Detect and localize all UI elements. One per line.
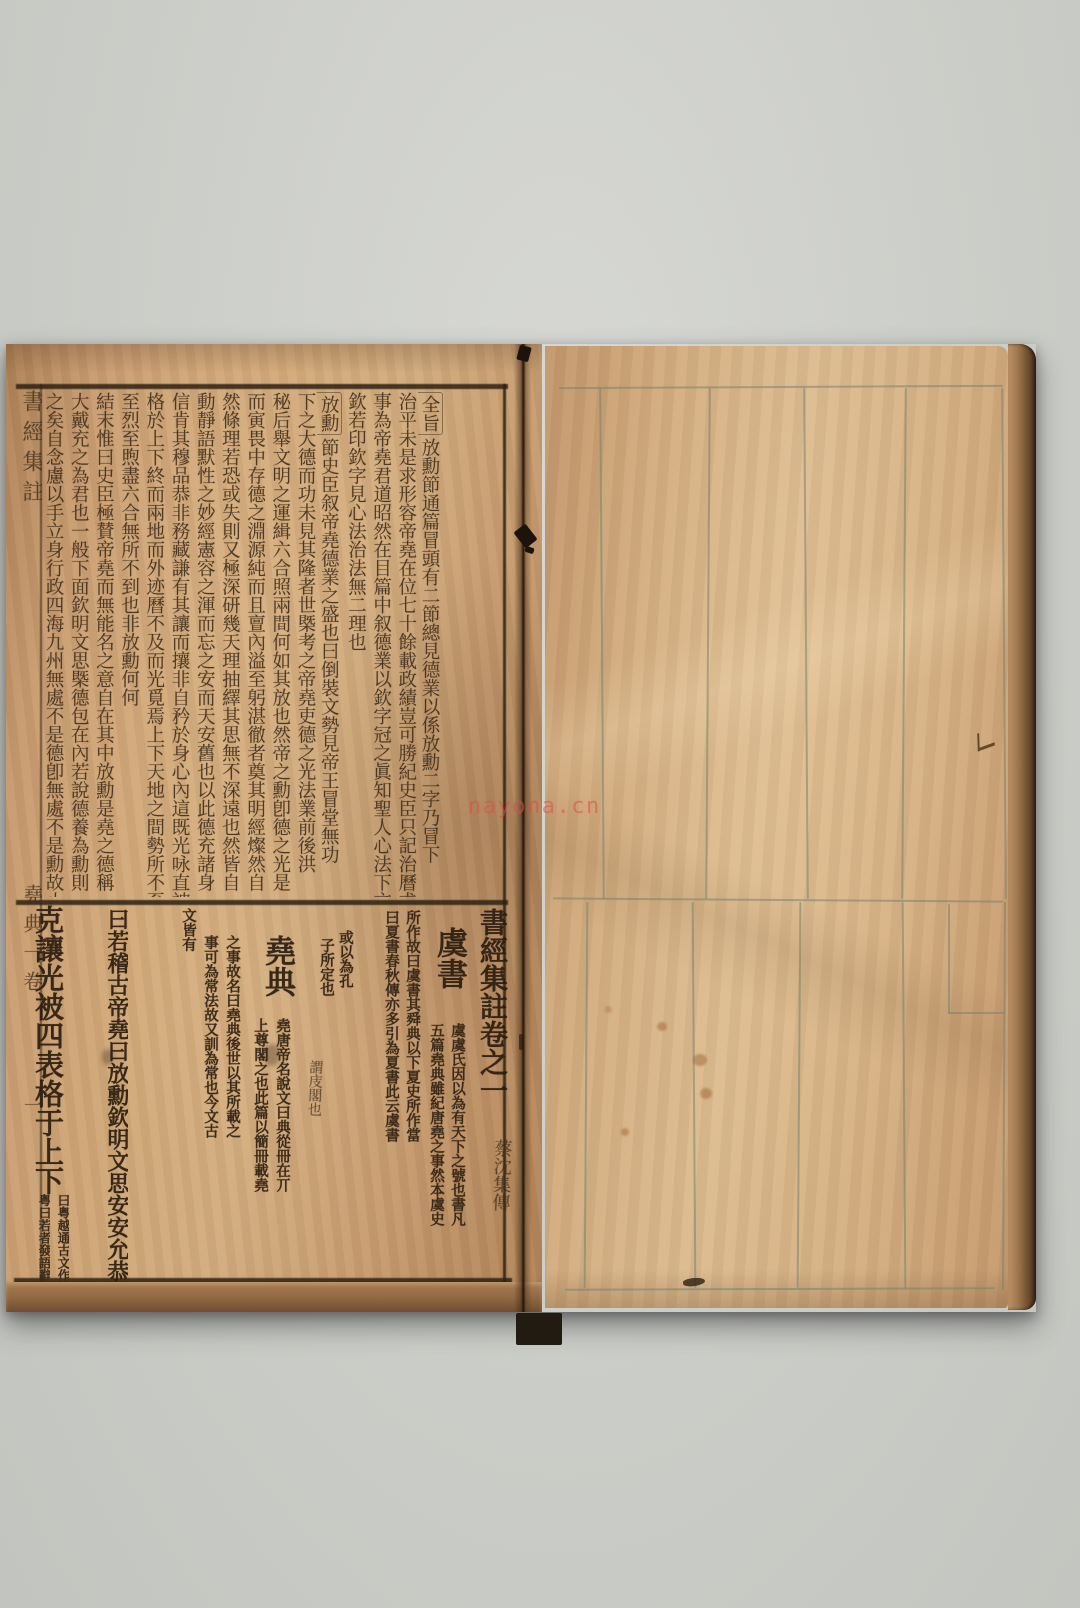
upper-commentary-column: 而寅畏中存德之淵源純而且亶內溢至躬湛徹者奠其明經燦然自 (242, 392, 267, 897)
lower-commentary-column: 或以為孔 (335, 930, 354, 1010)
rule-vertical-lower (797, 902, 802, 1288)
rule-vertical-lower (584, 902, 589, 1288)
ink-smudge (102, 1049, 114, 1065)
upper-commentary-column: 放勳節史臣叙帝堯德業之盛也曰倒裝文勢見帝王冒堂無功 (317, 392, 342, 897)
rule-vertical-upper (599, 388, 605, 899)
upper-commentary-column: 下之大德而功未見其隆者世槩考之帝堯吏德之光法業前後洪 (292, 392, 317, 897)
lower-commentary-column: 虞虞氏因以為有天下之號也書凡 (447, 1023, 466, 1281)
cover-board-tab (516, 1313, 562, 1345)
lower-commentary-column: 五篇堯典雖紀唐堯之事然本虞史 (426, 1023, 445, 1281)
upper-commentary-column: 治平未是求形容帝堯在位七十餘載政績豈可勝紀史臣只記治曆求 (393, 392, 418, 897)
binding-gutter (514, 344, 532, 1312)
ink-speck (683, 1277, 706, 1288)
section-box-label: 放勳 (317, 392, 342, 435)
lower-hand-gloss-column: 謂庋閣也 (301, 1060, 324, 1151)
scanned-book-photo: { "watermark": { "text": "nayona.cn", "c… (0, 0, 1080, 1608)
upper-commentary-column: 動靜語默性之妙經憲容之渾而忘之安而天安舊也以此德充諸身 (191, 392, 216, 897)
section-box-label: 全旨 (418, 392, 443, 435)
rule-vertical-upper (1001, 388, 1007, 899)
rule-box-connector (948, 1012, 1005, 1014)
upper-commentary-column: 大戴充之為君也一般下面欽明文思槩德包在內若說德養為勳則 (65, 392, 90, 897)
lower-commentary-column: 子所定也 (316, 938, 335, 1018)
page-bottom-edge (6, 1282, 542, 1312)
right-page-blank (545, 346, 1008, 1308)
upper-commentary-column: 欽若印欽字見心法治法無二理也 (342, 392, 367, 897)
upper-commentary-column: 之矣自念慮以手立身行政四海九州無處不是德卽無處不是勳故止 (40, 392, 65, 897)
rule-bottom (565, 1287, 995, 1291)
lower-commentary-column: 文皆有 (178, 908, 197, 978)
frame-register-divider (16, 900, 508, 905)
lower-commentary-column: 之事故名曰堯典後世以其所載之 (222, 935, 241, 1280)
binding-stitch (519, 1034, 523, 1050)
frame-top-border (16, 384, 508, 389)
upper-commentary-column: 事為帝堯君道昭然在目篇中叙德業以欽字冠之眞知聖人心法下文 (368, 392, 393, 897)
spine-label-top: 書經集註 (12, 390, 42, 570)
upper-commentary-column: 全旨放勳節通篇冒頭有二節總見德業以係放勳二字乃冒下 (418, 392, 443, 897)
lower-hand-note-column: 蔡沈集傳 (479, 1139, 512, 1240)
foxing-stain (621, 1128, 629, 1136)
open-book: 書經集註 堯典一卷 一 全旨放勳節通篇冒頭有二節總見德業以係放勳二字乃冒下治平未… (6, 344, 1036, 1312)
ink-smudge (264, 1044, 280, 1066)
upper-commentary-column: 至烈至煦盡六合無所不到也非放勳何何 (116, 392, 141, 897)
lower-commentary-column: 曰夏書春秋傳亦多引為夏書此云虞書 (380, 910, 400, 1282)
lower-commentary-column: 所作故曰虞書其舜典以下夏史所作當 (401, 910, 421, 1282)
rule-register-divider (553, 897, 1003, 902)
lower-volume-title-column: 書經集註卷之一 (470, 908, 508, 1148)
upper-commentary-column: 秘后舉文明之運緝六合照兩間何如其放也然帝之勳卽德之光是 (267, 392, 292, 897)
rule-vertical-upper (803, 388, 809, 899)
foxing-stain (605, 1006, 612, 1013)
book-fore-edge-right (1008, 344, 1036, 1310)
foxing-stain (693, 1054, 707, 1066)
lower-classic-text-column: 克讓光被四表格于上下 (26, 905, 64, 1240)
rule-right-border (1002, 902, 1006, 1290)
lower-commentary-column: 事可為常法故又訓為常也今文古 (200, 935, 219, 1280)
rule-top (559, 385, 1003, 389)
rule-vertical-lower (902, 902, 907, 1288)
left-page: 書經集註 堯典一卷 一 全旨放勳節通篇冒頭有二節總見德業以係放勳二字乃冒下治平未… (6, 344, 542, 1312)
upper-commentary-column: 然條理若恐或失則又極深研幾天理抽繹其思無不深遠也然皆自 (216, 392, 241, 897)
upper-commentary-column: 信肯其穆品恭非務藏謙有其讓而攘非自矜於身心內這既光咏直被于 (166, 392, 191, 897)
ink-squiggle-mark (977, 727, 995, 751)
rule-vertical-upper (705, 388, 711, 899)
lower-commentary-column: 曰粤越通古文作 (52, 1194, 69, 1283)
foxing-stain (657, 1022, 667, 1031)
rule-vertical-lower (692, 902, 697, 1288)
lower-section-header-column: 虞書 (428, 927, 468, 1017)
lower-commentary-column: 粤曰若者發語辭 (33, 1194, 50, 1283)
rule-vertical-upper (901, 388, 907, 899)
upper-commentary-column: 結末惟曰史臣極賛帝堯而無能名之意自在其中放勳是堯之德稱 (90, 392, 115, 897)
rule-vertical-short (948, 904, 950, 1014)
upper-commentary-column: 格於上下終而兩地而外迹曆不及而光覓焉上下天地之間勢所不至 (141, 392, 166, 897)
foxing-stain (700, 1088, 712, 1099)
lower-chapter-header-column: 堯典 (256, 935, 296, 1025)
lower-classic-text-column: 曰若稽古帝堯曰放勳欽明文思安安允恭 (92, 908, 128, 1282)
